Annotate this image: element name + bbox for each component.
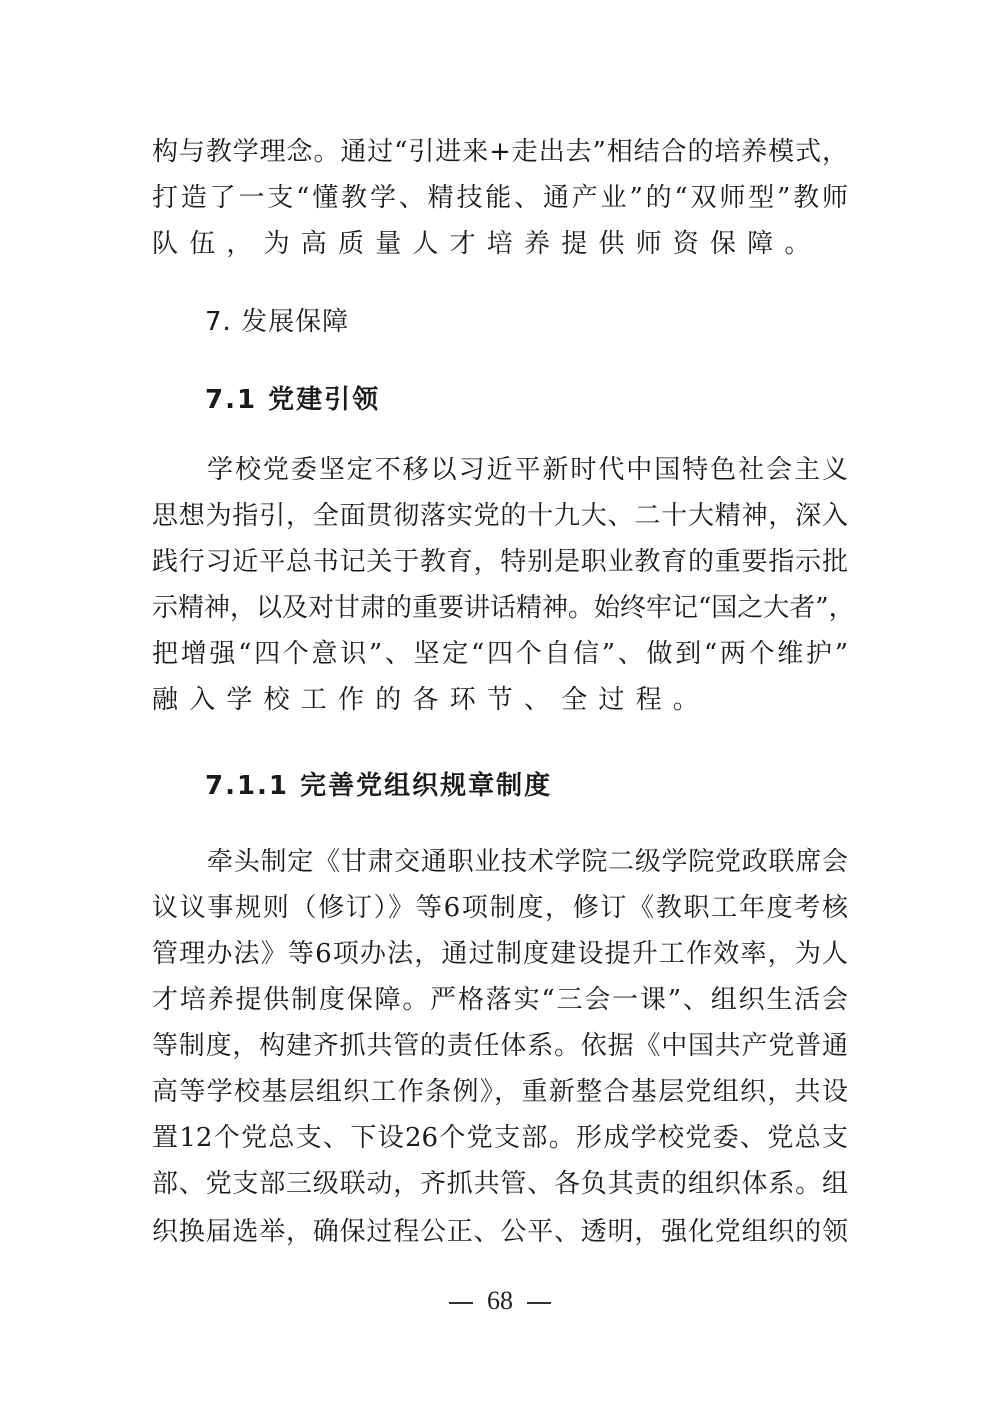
paragraph-line: 践行习近平总书记关于教育，特别是职业教育的重要指示批	[152, 542, 848, 582]
paragraph-line: 高等学校基层组织工作条例》，重新整合基层党组织，共设	[152, 1072, 848, 1112]
dash-left	[449, 1302, 473, 1304]
section-heading: 7. 发展保障	[205, 302, 349, 342]
paragraph-line: 议议事规则（修订）》等6项制度，修订《教职工年度考核	[152, 888, 848, 928]
subsubsection-heading: 7.1.1 完善党组织规章制度	[205, 766, 552, 806]
document-page: 构与教学理念。通过“引进来+走出去”相结合的培养模式， 打造了一支“懂教学、精技…	[0, 0, 1000, 1415]
paragraph-line: 才培养提供制度保障。严格落实“三会一课”、组织生活会	[152, 980, 848, 1020]
paragraph-line: 管理办法》等6项办法，通过制度建设提升工作效率，为人	[152, 934, 848, 974]
paragraph-line: 等制度，构建齐抓共管的责任体系。依据《中国共产党普通	[152, 1026, 848, 1066]
dash-right	[527, 1302, 551, 1304]
paragraph-line: 把增强“四个意识”、坚定“四个自信”、做到“两个维护”	[152, 634, 848, 674]
paragraph-line: 织换届选举，确保过程公正、公平、透明，强化党组织的领	[152, 1212, 848, 1252]
subsection-heading: 7.1 党建引领	[205, 380, 380, 420]
paragraph-line: 思想为指引，全面贯彻落实党的十九大、二十大精神，深入	[152, 496, 848, 536]
paragraph-line: 置12个党总支、下设26个党支部。形成学校党委、党总支	[152, 1118, 848, 1158]
page-footer: 68	[0, 1286, 1000, 1316]
paragraph-line: 学校党委坚定不移以习近平新时代中国特色社会主义	[207, 450, 848, 490]
paragraph-line: 打造了一支“懂教学、精技能、通产业”的“双师型”教师	[152, 178, 848, 218]
paragraph-line: 部、党支部三级联动，齐抓共管、各负其责的组织体系。组	[152, 1164, 848, 1204]
paragraph-line: 牵头制定《甘肃交通职业技术学院二级学院党政联席会	[207, 842, 848, 882]
paragraph-line: 融入学校工作的各环节、全过程。	[152, 680, 848, 720]
paragraph-line: 示精神，以及对甘肃的重要讲话精神。始终牢记“国之大者”，	[152, 588, 848, 628]
page-number: 68	[487, 1286, 513, 1315]
paragraph-line: 构与教学理念。通过“引进来+走出去”相结合的培养模式，	[152, 132, 848, 172]
paragraph-line: 队伍，为高质量人才培养提供师资保障。	[152, 224, 848, 264]
